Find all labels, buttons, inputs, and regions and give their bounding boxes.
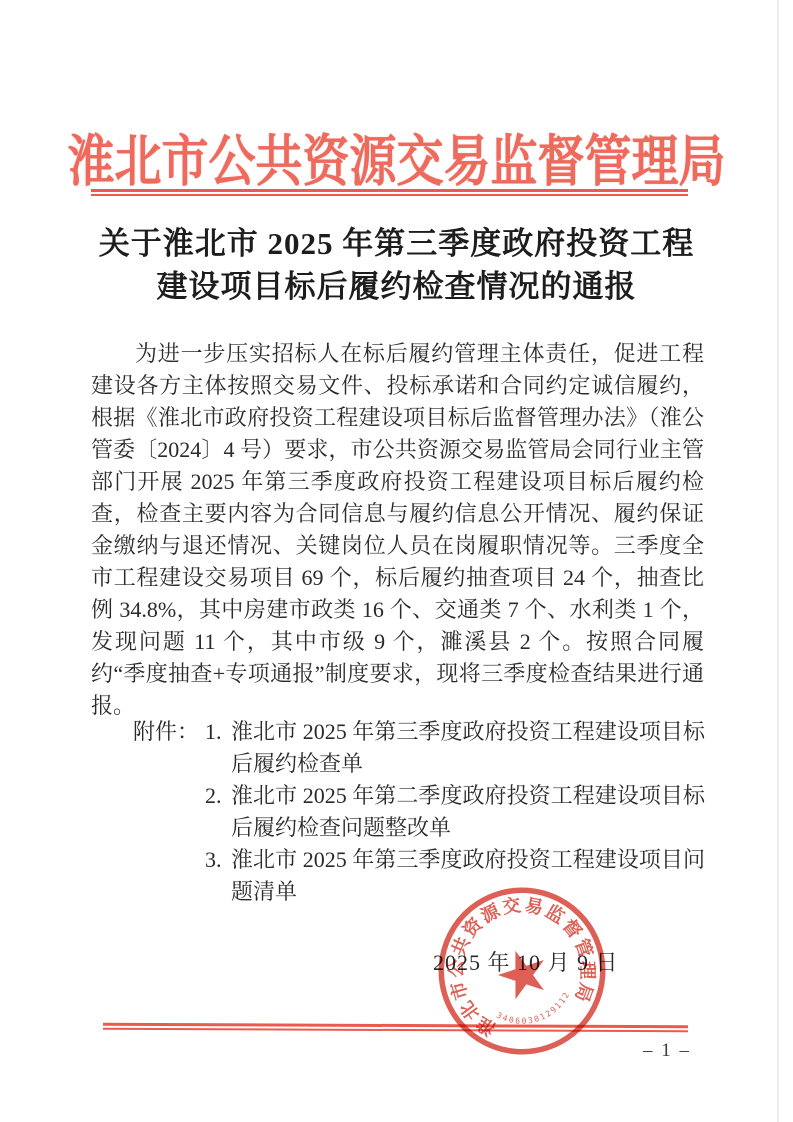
attachment-item: 3. 淮北市 2025 年第三季度政府投资工程建设项目问题清单	[205, 844, 708, 908]
attachments-list: 1. 淮北市 2025 年第三季度政府投资工程建设项目标后履约检查单 2. 淮北…	[205, 716, 708, 908]
attachment-title: 淮北市 2025 年第二季度政府投资工程建设项目标后履约检查问题整改单	[231, 780, 705, 844]
body-paragraph: 为进一步压实招标人在标后履约管理主体责任，促进工程建设各方主体按照交易文件、投标…	[91, 338, 704, 722]
attachment-number: 3.	[205, 844, 231, 908]
attachment-number: 1.	[205, 716, 231, 780]
page-number: – 1 –	[622, 1040, 712, 1062]
document-page: 淮北市公共资源交易监督管理局 关于淮北市 2025 年第三季度政府投资工程 建设…	[0, 0, 793, 1122]
header-separator-line	[91, 189, 688, 196]
attachment-number: 2.	[205, 780, 231, 844]
seal-code-text: 3406030129112	[493, 988, 577, 1036]
attachment-item: 2. 淮北市 2025 年第二季度政府投资工程建设项目标后履约检查问题整改单	[205, 780, 708, 844]
issuing-org-header: 淮北市公共资源交易监督管理局	[0, 118, 793, 197]
document-title-line2: 建设项目标后履约检查情况的通报	[0, 265, 793, 308]
attachments-block: 附件： 1. 淮北市 2025 年第三季度政府投资工程建设项目标后履约检查单 2…	[133, 716, 708, 908]
attachment-title: 淮北市 2025 年第三季度政府投资工程建设项目标后履约检查单	[231, 716, 705, 780]
document-title: 关于淮北市 2025 年第三季度政府投资工程 建设项目标后履约检查情况的通报	[0, 222, 793, 308]
star-icon	[492, 943, 552, 1002]
attachment-item: 1. 淮北市 2025 年第三季度政府投资工程建设项目标后履约检查单	[205, 716, 708, 780]
attachments-label: 附件：	[133, 716, 205, 908]
document-title-line1: 关于淮北市 2025 年第三季度政府投资工程	[0, 222, 793, 265]
